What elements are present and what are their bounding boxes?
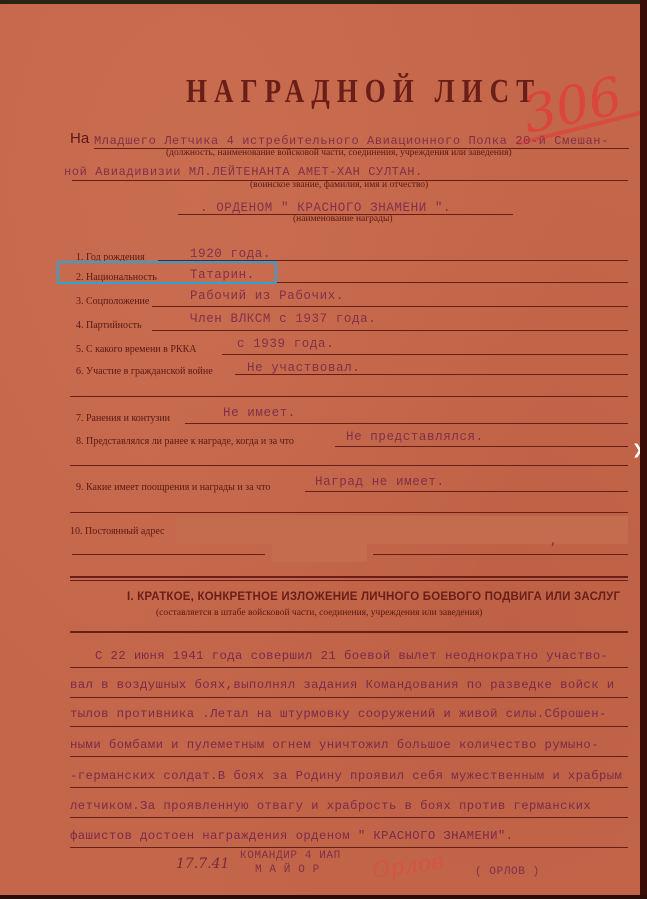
section-title: I. КРАТКОЕ, КОНКРЕТНОЕ ИЗЛОЖЕНИЕ ЛИЧНОГО… (127, 591, 620, 603)
section-divider-top-2 (70, 580, 628, 581)
name-caption: (воинское звание, фамилия, имя и отчеств… (250, 180, 428, 190)
body-line-7: фашистов достоен награждения орденом " К… (70, 829, 513, 843)
section-divider-bottom (70, 631, 628, 633)
field-label-civil-war: 6. Участие в гражданской войне (76, 366, 213, 377)
body-line-5: -германских солдат.В боях за Родину проя… (70, 769, 622, 783)
scan-right-edge (640, 0, 647, 899)
field-label-social-status: 3. Соцположение (76, 296, 149, 307)
field-value-party: Член ВЛКСМ с 1937 года. (190, 312, 376, 326)
field-underline-6b (70, 396, 628, 397)
section-divider-top (70, 576, 628, 578)
field-value-awards: Наград не имеет. (315, 475, 445, 489)
body-underline-7 (70, 847, 628, 848)
field-label-address: 10. Постоянный адрес (70, 526, 164, 537)
body-line-4: ными бомбами и пулеметным огнем уничтожи… (70, 738, 599, 752)
body-underline-2 (70, 697, 628, 698)
scan-bottom-edge (0, 895, 647, 899)
position-caption: (должность, наименование войсковой части… (166, 148, 512, 158)
field-value-civil-war: Не участвовал. (247, 361, 360, 375)
field-underline-8b (70, 465, 628, 466)
section-subtitle: (составляется в штабе войсковой части, с… (156, 608, 482, 618)
field-value-wounds: Не имеет. (223, 406, 296, 420)
signature-date: 17.7.41 (176, 856, 229, 872)
body-line-2: вал в воздушных боях,выполнял задания Ко… (70, 678, 615, 692)
position-line-2: ной Авиадивизии МЛ.ЛЕЙТЕНАНТА АМЕТ-ХАН С… (64, 165, 423, 179)
field-value-previous-awards-submission: Не представлялся. (346, 430, 484, 444)
body-underline-3 (70, 726, 628, 727)
field-underline-5 (222, 354, 628, 355)
body-line-6: летчиком.За проявленную отвагу и храброс… (70, 799, 591, 813)
award-sheet-page: НАГРАДНОЙ ЛИСТ 306 На Младшего Летчика 4… (0, 4, 640, 895)
address-comma: , (550, 534, 558, 548)
address-underline-left (72, 554, 265, 555)
body-underline-1 (70, 667, 628, 668)
address-underline-right (373, 554, 628, 555)
field-underline-7 (185, 423, 628, 424)
position-line-1: Младшего Летчика 4 истребительного Авиац… (94, 134, 609, 148)
body-underline-4 (70, 756, 628, 757)
document-title: НАГРАДНОЙ ЛИСТ (186, 72, 541, 111)
nationality-highlight-box (57, 261, 277, 284)
field-underline-8 (335, 446, 628, 447)
body-underline-6 (70, 817, 628, 818)
body-line-1: С 22 июня 1941 года совершил 21 боевой в… (95, 649, 608, 663)
field-underline-9b (70, 512, 628, 513)
field-value-social-status: Рабочий из Рабочих. (190, 289, 344, 303)
field-label-wounds: 7. Ранения и контузии (76, 413, 170, 424)
award-name: . ОРДЕНОМ " КРАСНОГО ЗНАМЕНИ ". (200, 201, 451, 215)
body-line-3: тылов противника .Летал на штурмовку соо… (70, 707, 607, 721)
field-label-rkka-since: 5. С какого времени в РККА (76, 344, 197, 355)
field-underline-3 (152, 306, 628, 307)
field-label-awards: 9. Какие имеет поощрения и награды и за … (76, 482, 270, 493)
field-label-previous-awards-submission: 8. Представлялся ли ранее к награде, ког… (76, 436, 294, 447)
field-label-party: 4. Партийность (76, 320, 142, 331)
award-caption: (наименование награды) (293, 214, 393, 224)
signature-name: ( ОРЛОВ ) (475, 866, 540, 878)
signature-commander: КОМАНДИР 4 ИАП (240, 850, 341, 862)
field-underline-9 (305, 491, 628, 492)
field-underline-4 (152, 330, 628, 331)
field-underline-6 (235, 374, 628, 375)
field-value-rkka-since: с 1939 года. (237, 337, 334, 351)
handwritten-signature: Орлов (371, 849, 446, 884)
na-prefix: На (70, 130, 89, 147)
redacted-address-area (176, 516, 628, 544)
redacted-address-area-2 (272, 540, 367, 562)
field-value-birth-year: 1920 года. (190, 247, 271, 261)
body-underline-5 (70, 787, 628, 788)
signature-rank: М А Й О Р (255, 864, 320, 876)
